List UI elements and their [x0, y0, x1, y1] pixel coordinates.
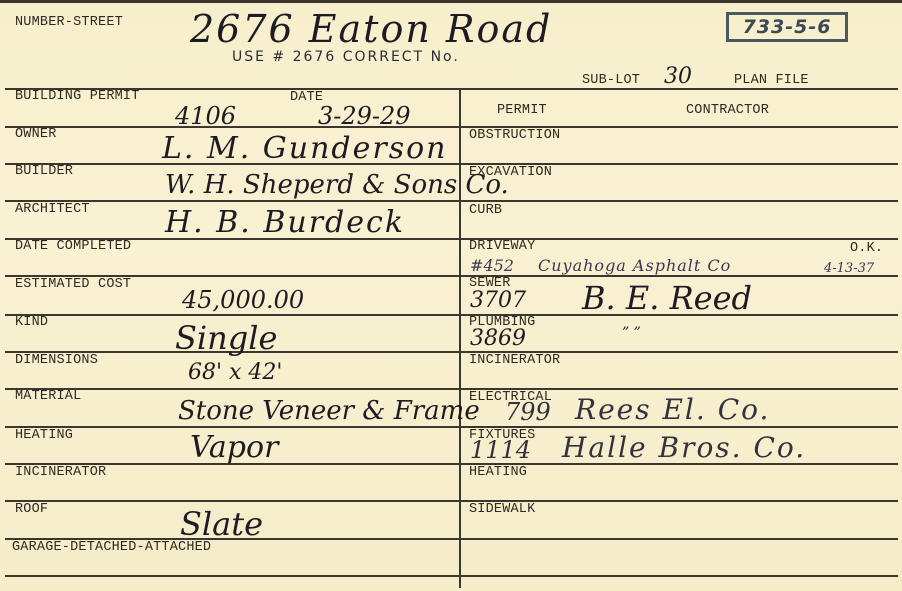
obstruction-label: OBSTRUCTION: [469, 129, 560, 143]
sewer-permit-value: 3707: [470, 290, 526, 312]
sublot-label: SUB-LOT: [582, 74, 640, 88]
plumbing-contractor-value: ” ”: [622, 326, 641, 340]
kind-value: Single: [175, 322, 277, 354]
garage-label: GARAGE-DETACHED-ATTACHED: [12, 541, 211, 555]
building-permit-value: 4106: [175, 104, 236, 128]
driveway-permit-value: #452: [470, 258, 514, 274]
permit-column-header: PERMIT: [497, 104, 547, 118]
heating-permit-label: HEATING: [469, 466, 527, 480]
fixtures-permit-value: 1114: [470, 438, 531, 462]
rule: [460, 575, 898, 577]
plumbing-permit-value: 3869: [470, 328, 526, 350]
driveway-status: O.K.: [850, 242, 883, 256]
rule: [460, 88, 898, 90]
kind-label: KIND: [15, 316, 48, 330]
sidewalk-label: SIDEWALK: [469, 503, 535, 517]
curb-label: CURB: [469, 204, 502, 218]
estimated-cost-label: ESTIMATED COST: [15, 278, 131, 292]
driveway-contractor-value: Cuyahoga Asphalt Co: [538, 258, 731, 274]
heating-value: Vapor: [190, 433, 278, 463]
number-street-label: NUMBER-STREET: [15, 16, 123, 30]
architect-label: ARCHITECT: [15, 203, 90, 217]
rule: [5, 575, 460, 577]
sublot-value: 30: [664, 66, 692, 88]
building-permit-label: BUILDING PERMIT: [15, 90, 140, 104]
roof-label: ROOF: [15, 503, 48, 517]
electrical-contractor-value: Rees El. Co.: [575, 396, 770, 424]
dimensions-label: DIMENSIONS: [15, 354, 98, 368]
address-value: 2676 Eaton Road: [190, 10, 552, 48]
file-number-stamp: 733-5-6: [726, 12, 848, 42]
heating-label: HEATING: [15, 429, 73, 443]
date-completed-label: DATE COMPLETED: [15, 240, 131, 254]
incinerator-permit-label: INCINERATOR: [469, 354, 560, 368]
rule: [460, 200, 898, 202]
driveway-label: DRIVEWAY: [469, 240, 535, 254]
builder-label: BUILDER: [15, 165, 73, 179]
fixtures-contractor-value: Halle Bros. Co.: [562, 434, 806, 462]
owner-label: OWNER: [15, 128, 57, 142]
builder-value: W. H. Sheperd & Sons Co.: [165, 172, 509, 198]
roof-value: Slate: [180, 508, 263, 540]
contractor-column-header: CONTRACTOR: [686, 104, 769, 118]
rule: [5, 426, 460, 428]
owner-value: L. M. Gunderson: [162, 134, 447, 164]
rule: [5, 314, 460, 316]
rule: [5, 500, 460, 502]
rule: [460, 538, 898, 540]
address-note: USE # 2676 CORRECT No.: [232, 50, 460, 64]
date-value: 3-29-29: [318, 104, 411, 128]
excavation-label: EXCAVATION: [469, 166, 552, 180]
architect-value: H. B. Burdeck: [165, 208, 405, 238]
incinerator-label: INCINERATOR: [15, 466, 106, 480]
card-top-edge: [0, 0, 902, 3]
dimensions-value: 68' x 42': [188, 362, 282, 384]
driveway-date-value: 4-13-37: [824, 262, 874, 275]
electrical-permit-value: 799: [505, 400, 551, 424]
column-divider: [459, 88, 461, 588]
material-value: Stone Veneer & Frame: [178, 398, 480, 424]
plan-file-label: PLAN FILE: [734, 74, 809, 88]
material-label: MATERIAL: [15, 390, 81, 404]
permit-card: NUMBER-STREET 2676 Eaton Road USE # 2676…: [0, 0, 902, 591]
estimated-cost-value: 45,000.00: [182, 288, 304, 312]
sewer-contractor-value: B. E. Reed: [582, 282, 752, 314]
